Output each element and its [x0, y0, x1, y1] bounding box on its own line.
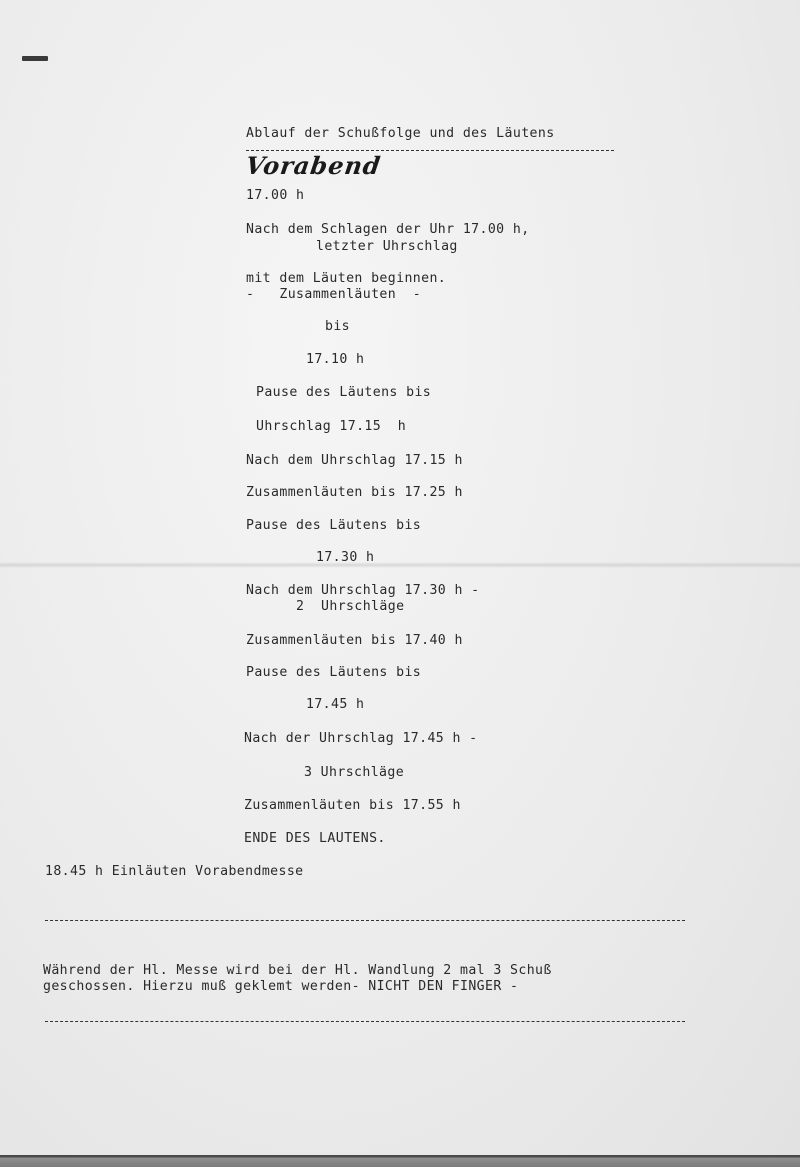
schedule-line: 2 Uhrschläge	[296, 599, 404, 615]
evening-mass-line: 18.45 h Einläuten Vorabendmesse	[45, 864, 304, 880]
schedule-line: bis	[325, 319, 350, 335]
document-title: Ablauf der Schußfolge und des Läutens	[246, 126, 555, 142]
schedule-line: Uhrschlag 17.15 h	[256, 419, 406, 435]
section-divider	[45, 1021, 685, 1022]
schedule-line: mit dem Läuten beginnen.	[246, 271, 446, 287]
schedule-line: letzter Uhrschlag	[316, 239, 458, 255]
schedule-line: ENDE DES LAUTENS.	[244, 831, 386, 847]
schedule-line: Pause des Läutens bis	[256, 385, 431, 401]
schedule-line: 3 Uhrschläge	[304, 765, 404, 781]
schedule-line: 17.45 h	[306, 697, 364, 713]
schedule-line: Nach dem Uhrschlag 17.30 h -	[246, 583, 480, 599]
schedule-line: Nach dem Uhrschlag 17.15 h	[246, 453, 463, 469]
schedule-line: 17.30 h	[316, 550, 374, 566]
schedule-line: Nach der Uhrschlag 17.45 h -	[244, 731, 478, 747]
schedule-line: Zusammenläuten bis 17.25 h	[246, 485, 463, 501]
note-line: geschossen. Hierzu muß geklemt werden- N…	[43, 979, 518, 995]
punch-mark	[22, 56, 48, 61]
handwritten-note: Vorabend	[244, 151, 383, 180]
schedule-line: - Zusammenläuten -	[246, 287, 421, 303]
section-divider	[45, 920, 685, 921]
schedule-line: Zusammenläuten bis 17.55 h	[244, 798, 461, 814]
schedule-line: Zusammenläuten bis 17.40 h	[246, 633, 463, 649]
schedule-line: 17.10 h	[306, 352, 364, 368]
paper-fold-crease	[0, 562, 800, 568]
schedule-line: Pause des Läutens bis	[246, 518, 421, 534]
schedule-line: 17.00 h	[246, 188, 304, 204]
schedule-line: Pause des Läutens bis	[246, 665, 421, 681]
schedule-line: Nach dem Schlagen der Uhr 17.00 h,	[246, 222, 530, 238]
scanned-page: Ablauf der Schußfolge und des Läutens Vo…	[0, 0, 800, 1155]
scanner-edge	[0, 1155, 800, 1167]
note-line: Während der Hl. Messe wird bei der Hl. W…	[43, 963, 552, 979]
